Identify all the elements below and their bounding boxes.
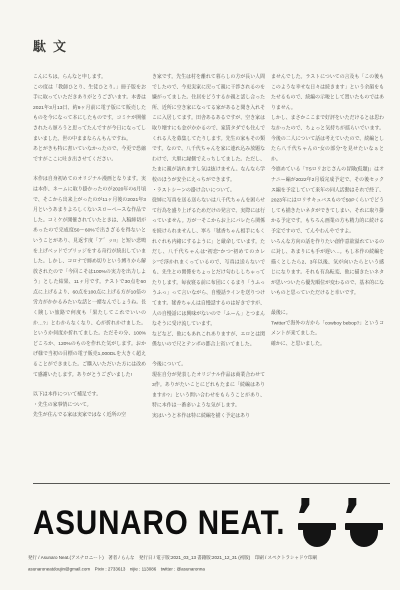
paragraph: 実はいうと本作は特に続編を描く予定はあり bbox=[152, 411, 265, 421]
paragraph: ませんでした。ラストについての言及も「この後もこのような幸せな日々は続きます」と… bbox=[271, 72, 384, 113]
paragraph: き家です。先生は村を離れて暮らしの方が長い人間でしたので、今更実家に戻って親に干… bbox=[152, 72, 265, 185]
bowl-icon: ’ bbox=[298, 497, 336, 551]
publisher-logo-mark: ’ ’ bbox=[298, 497, 383, 551]
text-column-3: ませんでした。ラストについての言及も「この後もこのような幸せな日々は続きます」と… bbox=[271, 72, 384, 421]
text-column-1: こんにちは。らんなと申します。この度は「教師ひとり、生徒ひとり。」冊子版をお手に… bbox=[33, 72, 146, 421]
paragraph: いろんな方向の話を作りたい創作意欲溢れているのに対し、あまりにも手が遅い…。もし… bbox=[271, 237, 384, 299]
page-title: 駄文 bbox=[33, 36, 73, 55]
afterword-page: 駄文 こんにちは。らんなと申します。この度は「教師ひとり、生徒ひとり。」冊子版を… bbox=[0, 0, 400, 590]
paragraph: ・先生の家事情について。 bbox=[33, 400, 146, 410]
footer-divider bbox=[33, 483, 390, 484]
paragraph: 最後に。 bbox=[271, 308, 384, 318]
bowl-icon: ’ bbox=[345, 497, 383, 551]
paragraph: しかし、まさかここまで好評をいただけるとは思わなかったので、ちょっと気持ちが揺ら… bbox=[271, 113, 384, 164]
text-columns: こんにちは。らんなと申します。この度は「教師ひとり、生徒ひとり。」冊子版をお手に… bbox=[33, 72, 384, 421]
paragraph: こんにちは。らんなと申します。 bbox=[33, 72, 146, 82]
colophon-line-1: 発行 / Asunaro Neat.(アスナロニート) 著者 / らんな 発行日… bbox=[28, 552, 400, 564]
paragraph: 従姉に写真を送る送らないは八千代ちゃんを困らせて行為を盛り上げるためだけの発言で… bbox=[152, 196, 265, 330]
paragraph: 以下は本作について補足です。 bbox=[33, 390, 146, 400]
paragraph: 今後について。 bbox=[152, 360, 265, 370]
paragraph: 本作は自身初めてのオリジナル漫画となります。実は本作、ネームに取り掛かったのが2… bbox=[33, 174, 146, 380]
publisher-logotype: ASUNARO NEAT. bbox=[33, 506, 285, 540]
colophon-line-2: asunaroneatdoujin@gmail.com Pixiv : 2733… bbox=[28, 564, 400, 576]
paragraph: 先生が住んでる家は実家ではなく近所の空 bbox=[33, 410, 146, 420]
paragraph: などなど、他にもあれこれありますが、エロとは関係ないので尺とテンポの都合上省いて… bbox=[152, 329, 265, 350]
colophon: 発行 / Asunaro Neat.(アスナロニート) 著者 / らんな 発行日… bbox=[28, 552, 400, 575]
paragraph: この度は「教師ひとり、生徒ひとり。」冊子版をお手に取っていただきありがとうござい… bbox=[33, 82, 146, 144]
text-column-2: き家です。先生は村を離れて暮らしの方が長い人間でしたので、今更実家に戻って親に干… bbox=[152, 72, 265, 421]
paragraph: 今進めている「TSロリおじさんの冒険(仮題)」はオナニー編が2022年2月頃完成… bbox=[271, 165, 384, 237]
paragraph: Twitterで海外の方から「cowboy bebop?」というコメントが来てま… bbox=[271, 318, 384, 339]
paragraph: ・ラストシーンの掛け合いについて。 bbox=[152, 185, 265, 195]
paragraph: 確かに、と思いました。 bbox=[271, 339, 384, 349]
paragraph: 現在自分が発表したオリジナル作品は商業合わせて3作。ありがたいことにどれもたまに… bbox=[152, 370, 265, 411]
paragraph: あとがきも特に書いていなかったので、今更で恐縮ですがここに吐き出させてください。 bbox=[33, 144, 146, 165]
